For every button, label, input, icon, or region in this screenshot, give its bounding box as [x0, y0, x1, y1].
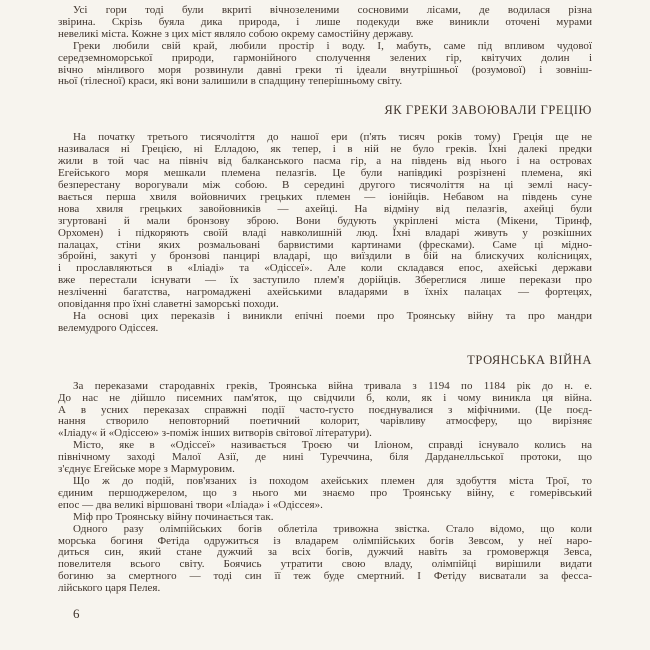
text-line: згуртовані й мали бронзову зброю. Вони б… — [58, 216, 592, 228]
text-line: Греки любили свій край, любили простір і… — [58, 41, 592, 53]
section-heading: ТРОЯНСЬКА ВІЙНА — [58, 353, 592, 367]
text-line: За переказами стародавніх греків, Троянс… — [58, 381, 592, 393]
text-line: вається перша хвиля войовничих грецьких … — [58, 192, 592, 204]
paragraph: Міф про Троянську війну починається так. — [58, 512, 592, 524]
text-line: лійського царя Пелея. — [58, 583, 592, 595]
paragraph: На основі цих переказів і виникли епічні… — [58, 311, 592, 335]
text-line: середземноморської природи, гармонійного… — [58, 53, 592, 65]
text-line: Орхомен) і підкоряють своїй владі навкол… — [58, 228, 592, 240]
paragraph: Одного разу олімпійських богів облетіла … — [58, 524, 592, 595]
text-line: нова хвиля грецьких завойовників — ахейц… — [58, 204, 592, 216]
text-line: ньої (тілесної) краси, які вони залишили… — [58, 76, 592, 88]
text-line: велемудрого Одіссея. — [58, 323, 592, 335]
text-line: Одного разу олімпійських богів облетіла … — [58, 524, 592, 536]
text-line: Міф про Троянську війну починається так. — [58, 512, 592, 524]
paragraph: Місто, яке в «Одіссеї» називається Троєю… — [58, 440, 592, 476]
text-line: невеликі міста. Кожне з цих міст являло … — [58, 29, 592, 41]
paragraph: Що ж до подій, пов'язаних із походом ахе… — [58, 476, 592, 512]
book-page: Усі гори тоді були вкриті вічнозеленими … — [0, 0, 650, 650]
text-line: епос — два великі віршовані твори «Іліад… — [58, 500, 592, 512]
paragraph: Усі гори тоді були вкриті вічнозеленими … — [58, 5, 592, 41]
text-line: До нас не дійшло писемних пам'яток, що с… — [58, 393, 592, 405]
page-number: 6 — [58, 607, 592, 621]
paragraph: За переказами стародавніх греків, Троянс… — [58, 381, 592, 441]
page-content: Усі гори тоді були вкриті вічнозеленими … — [58, 5, 592, 595]
paragraph: Греки любили свій край, любили простір і… — [58, 41, 592, 89]
section-heading: ЯК ГРЕКИ ЗАВОЮВАЛИ ГРЕЦІЮ — [58, 103, 592, 117]
paragraph: На початку третього тисячоліття до нашої… — [58, 132, 592, 311]
